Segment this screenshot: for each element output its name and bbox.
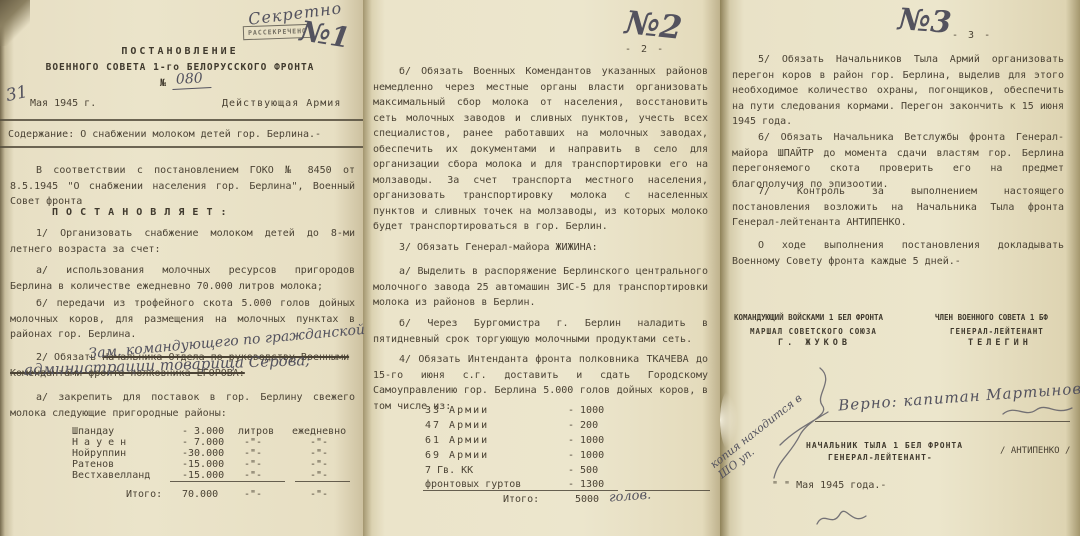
item-1: 1/ Организовать снабжение молоком детей … — [10, 226, 355, 257]
item-2a: а/ закрепить для поставок в гор. Берлину… — [10, 390, 355, 421]
signature-scribble — [760, 360, 850, 490]
signature-right-name: ТЕЛЕГИН — [968, 336, 1032, 352]
army-name: 47 Армии — [425, 418, 489, 434]
document-page-1: Секретно РАССЕКРЕЧЕНО №1 ПОСТАНОВЛЕНИЕ В… — [0, 0, 363, 536]
document-title: ПОСТАНОВЛЕНИЕ — [30, 44, 330, 60]
army-value: - 200 — [568, 418, 598, 434]
document-page-2: №2 - 2 - б/ Обязать Военных Комендантов … — [363, 0, 720, 536]
date-typed: Мая 1945 г. — [30, 96, 96, 112]
table-total-row: Итого: 5000 — [363, 492, 720, 506]
item-3b: б/ Через Бургомистра г. Берлин наладить … — [373, 316, 708, 347]
item-3a: а/ Выделить в распоряжение Берлинского ц… — [373, 264, 708, 311]
signature-right-role: ЧЛЕН ВОЕННОГО СОВЕТА 1 БФ — [935, 312, 1075, 323]
army-value: - 1000 — [568, 448, 604, 464]
paper-tear-corner — [0, 0, 30, 46]
item-3: 3/ Обязать Генерал-майора ЖИЖИНА: — [373, 240, 708, 256]
rear-chief-name: / АНТИПЕНКО / — [1000, 444, 1070, 460]
army-name: 61 Армии — [425, 433, 489, 449]
table-row: 61 Армии - 1000 — [363, 433, 720, 447]
army-value: - 1000 — [568, 403, 604, 419]
table-row: 33 Армии - 1000 — [363, 403, 720, 417]
resolves-heading: П О С Т А Н О В Л Я Е Т : — [52, 205, 228, 221]
doc-number-prefix: № — [160, 76, 166, 92]
total-unit2: -"- — [310, 487, 328, 503]
table-row: 47 Армии - 200 — [363, 418, 720, 432]
handwritten-total-unit: голов. — [609, 488, 652, 506]
signature-left-role: КОМАНДУЮЩИЙ ВОЙСКАМИ 1 БЕЛ ФРОНТА — [734, 312, 929, 323]
total-label: Итого: — [503, 492, 539, 508]
total-value: 70.000 — [182, 487, 218, 503]
scanned-document: { "page1": { "secret_note": "Секретно", … — [0, 0, 1080, 536]
divider-line — [0, 146, 363, 148]
date-line: " " Мая 1945 года.- — [772, 478, 886, 494]
table-total-row: Итого: 70.000 -"- -"- — [0, 487, 363, 501]
army-value: - 1000 — [568, 433, 604, 449]
subject-line: Содержание: О снабжении молоком детей го… — [8, 127, 358, 143]
closing-paragraph: О ходе выполнения постановления докладыв… — [732, 238, 1064, 269]
handwritten-date-day: 31 — [4, 82, 29, 106]
item-5: 5/ Обязать Начальников Тыла Армий органи… — [732, 52, 1064, 130]
table-row: 7 Гв. КК - 500 — [363, 463, 720, 477]
table-row: Вестхавелланд -15.000 -"- -"- — [0, 468, 363, 482]
table-total-rule — [170, 481, 285, 482]
signature-scribble — [1000, 398, 1075, 424]
document-page-3: №3 - 3 - 5/ Обязать Начальников Тыла Арм… — [720, 0, 1080, 536]
district-name: Вестхавелланд — [72, 468, 150, 484]
army-label: Действующая Армия — [222, 96, 341, 112]
total-unit: -"- — [244, 487, 262, 503]
army-name: 69 Армии — [425, 448, 489, 464]
intro-paragraph: В соответствии с постановлением ГОКО № 8… — [10, 163, 355, 210]
handwritten-corner-number: №3 — [897, 2, 953, 41]
table-total-rule — [295, 481, 350, 482]
total-label: Итого: — [126, 487, 162, 503]
signature-scribble — [812, 502, 872, 532]
item-1a: а/ использования молочных ресурсов приго… — [10, 263, 355, 294]
page-number: - 3 - — [952, 28, 992, 44]
table-row: 69 Армии - 1000 — [363, 448, 720, 462]
item-7: 7/ Контроль за выполнением настоящего по… — [732, 184, 1064, 231]
signature-left-name: Г. ЖУКОВ — [778, 336, 851, 352]
divider-line — [0, 119, 363, 121]
handwritten-doc-number: 080 — [172, 70, 212, 90]
handwritten-corner-number: №2 — [623, 3, 684, 47]
total-value: 5000 — [575, 492, 599, 508]
page-number: - 2 - — [625, 42, 665, 58]
rear-chief-rank: ГЕНЕРАЛ-ЛЕЙТЕНАНТ- — [828, 450, 933, 466]
item-6: 6/ Обязать Начальника Ветслужбы фронта Г… — [732, 130, 1064, 192]
table-row: фронтовых гуртов - 1300 — [363, 477, 720, 491]
army-name: 33 Армии — [425, 403, 489, 419]
item-2b: б/ Обязать Военных Комендантов указанных… — [373, 64, 708, 235]
table-total-rule — [423, 490, 618, 491]
